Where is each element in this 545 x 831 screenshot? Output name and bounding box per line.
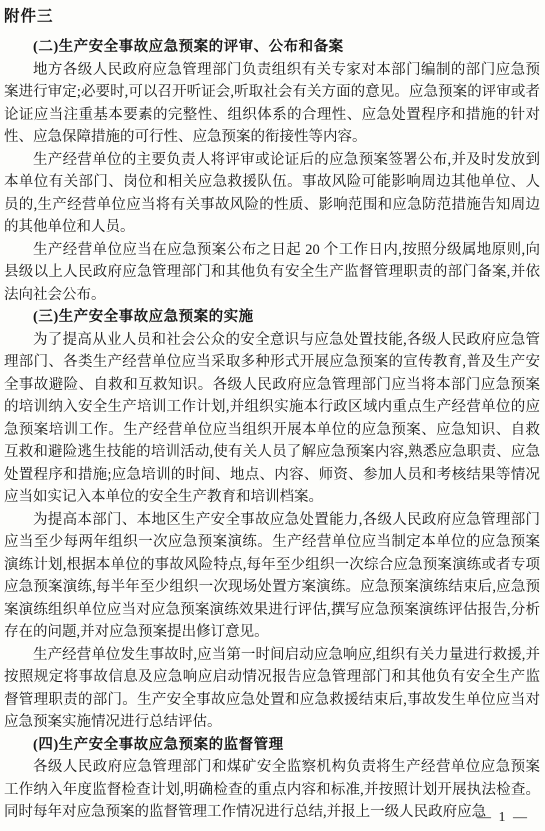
section-heading-implementation: (三)生产安全事故应急预案的实施 [4,306,540,329]
attachment-label: 附件三 [4,6,540,28]
paragraph-review-process: 地方各级人民政府应急管理部门负责组织有关专家对本部门编制的部门应急预案进行审定;… [4,59,540,149]
section-heading-review-publish-filing: (二)生产安全事故应急预案的评审、公布和备案 [4,36,540,59]
section-heading-supervision: (四)生产安全事故应急预案的监督管理 [4,734,540,757]
paragraph-incident-response: 生产经营单位发生事故时,应当第一时间启动应急响应,组织有关力量进行救援,并按照规… [4,644,540,734]
paragraph-training-education: 为了提高从业人员和社会公众的安全意识与应急处置技能,各级人民政府应急管理部门、各… [4,329,540,509]
paragraph-drills: 为提高本部门、本地区生产安全事故应急处置能力,各级人民政府应急管理部门应当至少每… [4,509,540,644]
paragraph-supervision-inspection: 各级人民政府应急管理部门和煤矿安全监察机构负责将生产经营单位应急预案工作纳入年度… [4,756,540,824]
page-number: — 1 — [477,810,529,826]
paragraph-filing-deadline: 生产经营单位应当在应急预案公布之日起 20 个工作日内,按照分级属地原则,向县级… [4,239,540,307]
paragraph-publish-notify: 生产经营单位的主要负责人将评审或论证后的应急预案签署公布,并及时发放到本单位有关… [4,149,540,239]
document-page: 附件三 (二)生产安全事故应急预案的评审、公布和备案 地方各级人民政府应急管理部… [0,0,545,831]
